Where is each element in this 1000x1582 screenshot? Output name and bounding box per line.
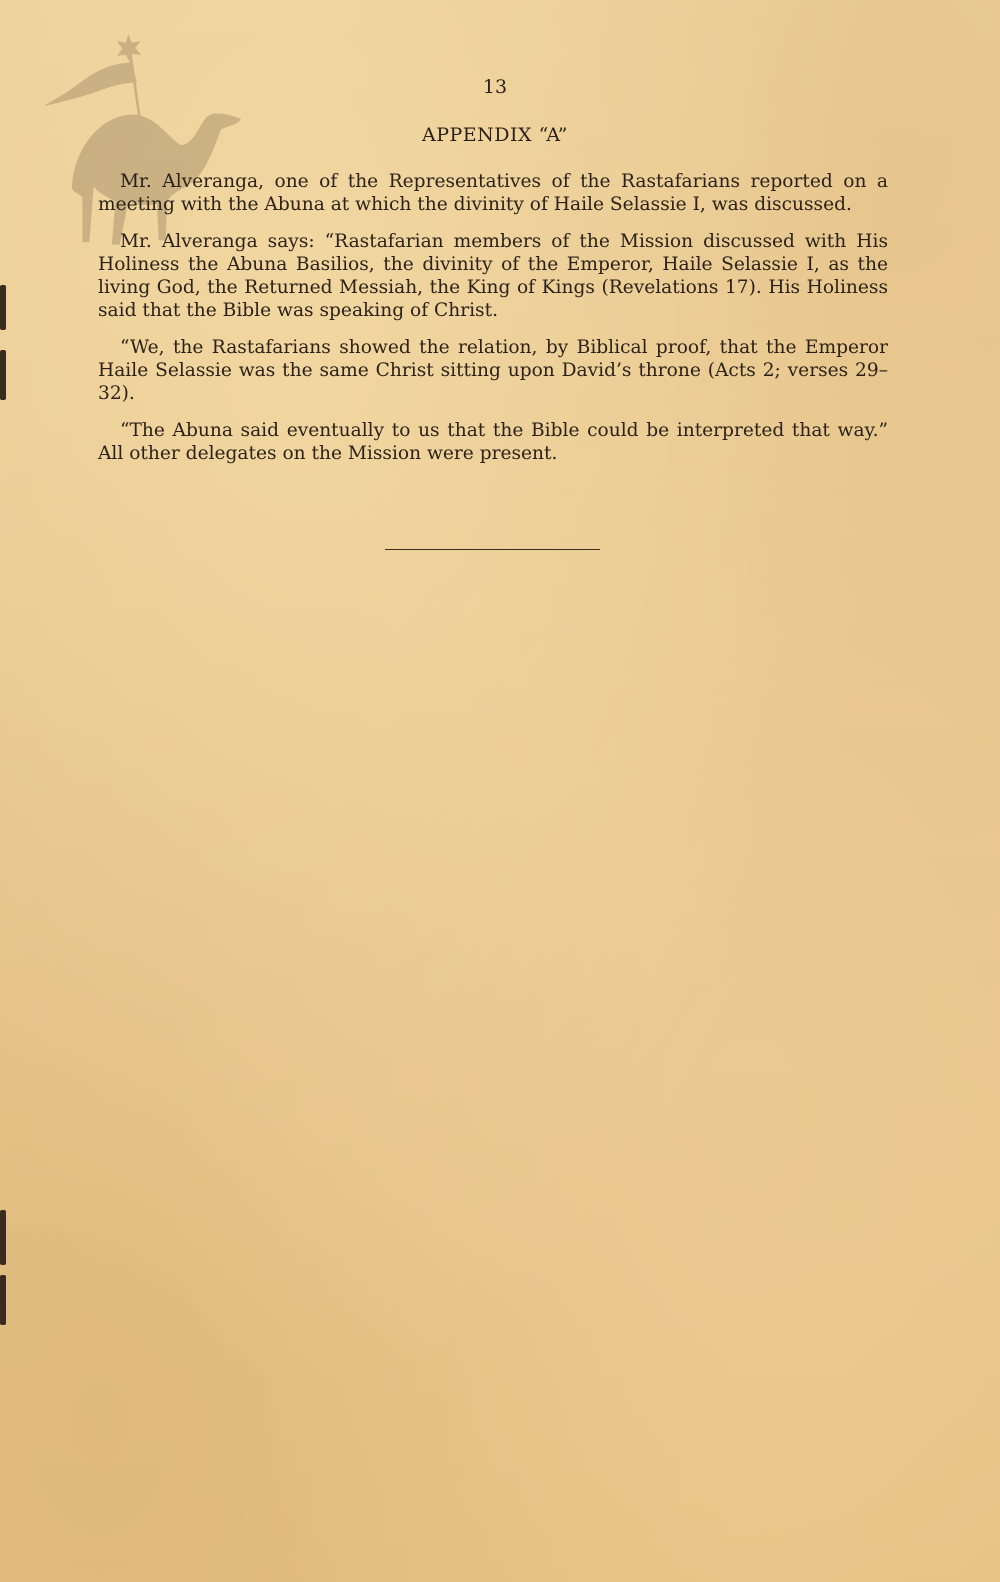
binding-mark bbox=[0, 350, 6, 400]
paragraph: “We, the Rastafarians showed the relatio… bbox=[98, 336, 888, 405]
paragraph: “The Abuna said eventually to us that th… bbox=[98, 419, 888, 465]
body-text: Mr. Alveranga, one of the Representative… bbox=[98, 170, 888, 479]
page-number: 13 bbox=[0, 76, 990, 98]
binding-mark bbox=[0, 285, 6, 330]
paper-page: 13 APPENDIX “A” Mr. Alveranga, one of th… bbox=[0, 0, 1000, 1582]
binding-mark bbox=[0, 1210, 6, 1265]
paragraph: Mr. Alveranga says: “Rastafarian members… bbox=[98, 230, 888, 322]
paragraph: Mr. Alveranga, one of the Representative… bbox=[98, 170, 888, 216]
binding-mark bbox=[0, 1275, 6, 1325]
section-divider bbox=[385, 549, 600, 550]
appendix-heading: APPENDIX “A” bbox=[0, 124, 990, 146]
